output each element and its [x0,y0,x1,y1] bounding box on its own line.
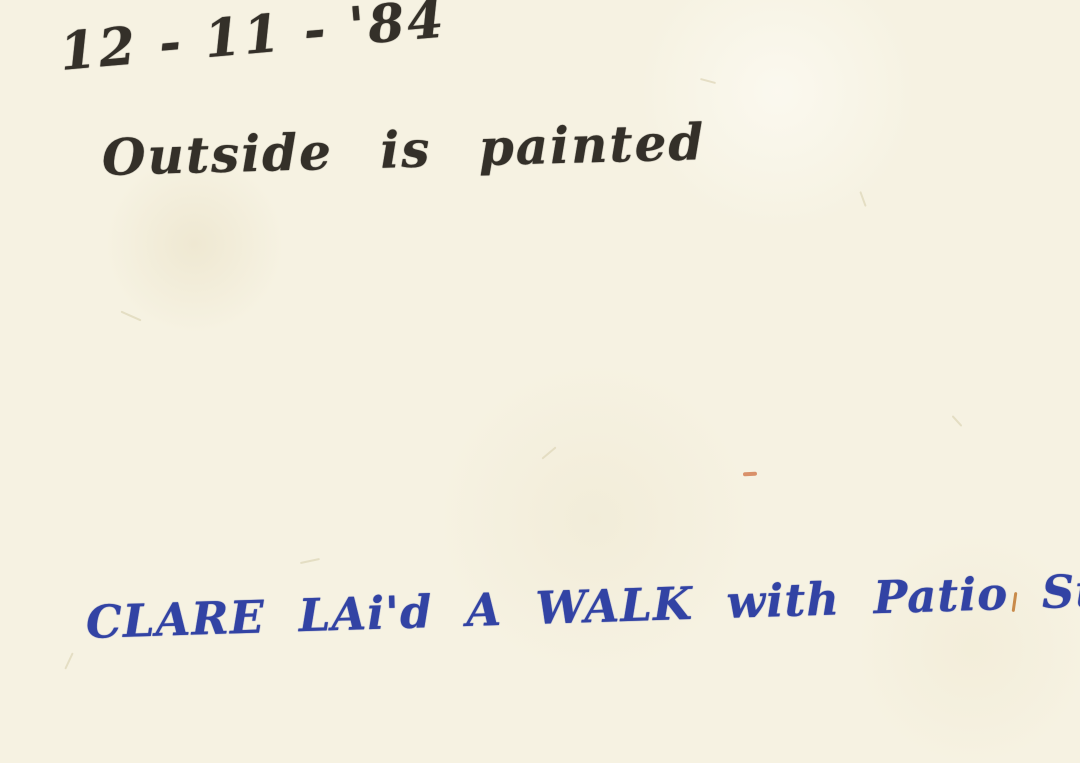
paper-fiber [64,652,73,669]
handwritten-note-top: Outside is painted [101,112,706,187]
paper-speck [743,472,757,477]
paper-fiber [700,78,716,84]
handwritten-note-bottom: CLARE LAi'd A WALK with Patio StoNES [85,560,1080,649]
paper-fiber [121,311,142,322]
note-card: 12 - 11 - '84 Outside is painted CLARE L… [0,0,1080,763]
paper-fiber [859,191,866,207]
handwritten-date: 12 - 11 - '84 [57,0,448,83]
paper-fiber [541,446,556,459]
paper-fiber [300,558,320,564]
paper-fiber [952,415,963,427]
